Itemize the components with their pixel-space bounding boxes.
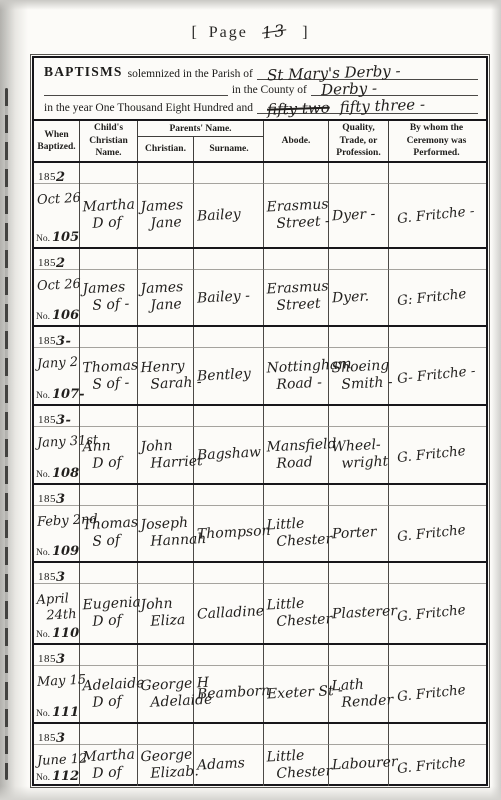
year-digit: 3 [56, 652, 66, 667]
table-row: 1852 Oct 26 No.105 MarthaD of JamesJane … [34, 163, 486, 249]
handwritten-entry: ThomasS of - [79, 357, 138, 394]
entry-line: Road [267, 453, 329, 473]
baptism-date: Jany 2 [34, 355, 80, 373]
table-row: 1853 Feby 2nd No.109 ThomasS of JosephHa… [34, 485, 486, 563]
entry-line: Thompson [197, 523, 264, 543]
entry-line: G. Fritche [396, 680, 484, 705]
cell-quality: Dyer. [329, 249, 389, 325]
header-quality: Quality, Trade, or Profession. [329, 121, 389, 161]
entry-line: Elizab. [141, 763, 194, 782]
cell-by-whom: G. Fritche [389, 485, 484, 561]
cell-abode: LittleChester [264, 485, 329, 561]
cell-when-baptized: 1853 June 12 No.112 [34, 724, 80, 786]
entry-line: G: Fritche [396, 284, 484, 309]
no-prefix: No. [36, 391, 50, 401]
cell-child-name: AdelaideD of [80, 645, 138, 722]
cell-quality: Dyer - [329, 163, 389, 247]
year-blank-line: fifty twofifty three - [257, 100, 478, 114]
date-line: 24th [37, 606, 80, 624]
cell-when-baptized: 1853 April24th No.110 [34, 563, 80, 643]
handwritten-entry: ThomasS of [79, 515, 138, 552]
entry-number: No.106 [34, 308, 79, 325]
entry-line: Martha [82, 747, 137, 767]
entry-line: wright [332, 453, 389, 473]
header-abode: Abode. [264, 121, 329, 161]
cell-abode: MansfieldRoad [264, 406, 329, 483]
no-value: 106 [52, 308, 79, 323]
year-digit: 3- [56, 334, 71, 349]
cell-parents-christian: George HAdelaide [138, 645, 194, 722]
no-prefix: No. [36, 548, 50, 558]
header-parents-surname: Surname. [194, 137, 264, 161]
cell-parents-christian: JosephHannah [138, 485, 194, 561]
no-prefix: No. [36, 234, 50, 244]
entry-line: Adelaide [141, 692, 194, 711]
year-label: in the year One Thousand Eight Hundred a… [44, 102, 253, 114]
handwritten-entry: LittleChester [263, 595, 329, 632]
baptism-date: Feby 2nd [34, 513, 80, 531]
entry-line: Smith - [332, 374, 389, 394]
minister-signature: G. Fritche [388, 600, 484, 626]
cell-by-whom: G: Fritche [389, 249, 484, 325]
cell-child-name: JamesS of - [80, 249, 138, 325]
county-handwritten: Derby - [321, 79, 378, 99]
scan-edge-line [5, 88, 8, 780]
year-prefix: 185 [38, 732, 56, 744]
entry-line: Sarah - [141, 374, 194, 393]
handwritten-entry: Dyer. [329, 287, 389, 307]
baptism-date: Oct 26 [34, 277, 80, 295]
date-line: Feby 2nd [37, 513, 80, 531]
year-value: 1853- [34, 406, 79, 426]
handwritten-entry: Calladine [194, 603, 264, 623]
header-childs-name: Child's Christian Name. [80, 121, 138, 161]
county-label: in the County of [232, 84, 307, 96]
cell-parents-christian: JohnHarriet [138, 406, 194, 483]
cell-child-name: AnnD of [80, 406, 138, 483]
county-lead-line [44, 82, 228, 96]
entry-line: Mansfield [266, 436, 328, 456]
handwritten-entry: Exeter St - [264, 683, 329, 703]
no-value: 105 [52, 230, 79, 245]
minister-signature: G: Fritche [388, 284, 484, 310]
cell-parents-surname: Bagshaw [194, 406, 264, 483]
entry-number: No.110 [34, 626, 79, 643]
year-prefix: 185 [38, 571, 56, 583]
cell-by-whom: G. Fritche [389, 724, 484, 786]
entry-line: G. Fritche [396, 441, 484, 466]
year-prefix: 185 [38, 493, 56, 505]
date-line: Oct 26 [37, 191, 80, 209]
table-row: 1852 Oct 26 No.106 JamesS of - JamesJane… [34, 249, 486, 327]
cell-abode: ErasmusStreet [264, 249, 329, 325]
entry-line: Hannah [141, 532, 194, 551]
year-digit: 3 [56, 570, 66, 585]
no-prefix: No. [36, 312, 50, 322]
table-body: 1852 Oct 26 No.105 MarthaD of JamesJane … [34, 163, 486, 784]
entry-line: Exeter St - [267, 683, 329, 703]
handwritten-entry: Bentley [194, 365, 264, 385]
title-line-county: in the County of Derby - [44, 80, 478, 96]
table-row: 1853- Jany 31st No.108 AnnD of JohnHarri… [34, 406, 486, 485]
cell-abode: Exeter St - [264, 645, 329, 722]
cell-by-whom: G- Fritche - [389, 327, 484, 404]
baptism-date: April24th [33, 591, 80, 624]
entry-line: Martha [82, 197, 137, 217]
year-struck-text: fifty two [267, 99, 330, 119]
entry-line: D of [83, 612, 138, 632]
cell-abode: LittleChester [264, 563, 329, 643]
cell-quality: Labourer [329, 724, 389, 786]
entry-line: G. Fritche [396, 752, 484, 777]
no-value: 112 [52, 769, 79, 784]
header-by-whom: By whom the Ceremony was Performed. [389, 121, 484, 161]
entry-line: Eliza [141, 612, 194, 631]
year-digit: 3- [56, 413, 71, 428]
entry-line: Thomas [82, 515, 137, 535]
baptism-register-table: BAPTISMS solemnized in the Parish of St … [30, 54, 490, 788]
entry-line: Henry [140, 357, 193, 376]
baptisms-label: BAPTISMS [44, 64, 123, 80]
entry-line: Chester [267, 763, 329, 783]
handwritten-entry: JamesJane [137, 279, 194, 315]
date-line: June 12 [37, 752, 80, 770]
cell-child-name: EugeniaD of [80, 563, 138, 643]
handwritten-entry: EugeniaD of [79, 595, 138, 632]
no-prefix: No. [36, 773, 50, 783]
year-digit: 2 [56, 170, 66, 185]
handwritten-entry: JosephHannah [137, 515, 194, 551]
scan-edge-bottom [0, 786, 501, 800]
cell-when-baptized: 1853- Jany 2 No.107- [34, 327, 80, 404]
cell-parents-christian: HenrySarah - [138, 327, 194, 404]
entry-line: Calladine [197, 603, 264, 623]
entry-line: Bentley [197, 365, 264, 385]
handwritten-entry: Thompson [194, 523, 264, 543]
handwritten-entry: Wheel-wright [328, 436, 389, 473]
handwritten-entry: Bailey - [194, 287, 264, 307]
cell-quality: Porter [329, 485, 389, 561]
entry-line: S of - [83, 374, 138, 394]
no-value: 108 [52, 466, 79, 481]
no-prefix: No. [36, 470, 50, 480]
entry-line: Chester [267, 611, 329, 631]
cell-parents-christian: GeorgeElizab. [138, 724, 194, 786]
entry-line: George H [140, 675, 193, 694]
bracket-left: [ [191, 24, 198, 41]
entry-number: No.109 [34, 544, 79, 561]
header-parents-christian: Christian. [138, 137, 194, 161]
cell-parents-surname: Bailey [194, 163, 264, 247]
entry-line: Chester [267, 531, 329, 551]
parish-label: solemnized in the Parish of [128, 68, 253, 80]
year-value: 1853 [34, 645, 79, 665]
handwritten-entry: LathRender [328, 675, 389, 712]
handwritten-entry: Adams [194, 755, 264, 775]
cell-child-name: ThomasS of [80, 485, 138, 561]
table-row: 1853 April24th No.110 EugeniaD of JohnEl… [34, 563, 486, 645]
date-line: Jany 2 [37, 355, 80, 373]
page-number: 13 [261, 20, 288, 42]
entry-line: G. Fritche - [396, 202, 484, 227]
cell-parents-surname: Calladine [194, 563, 264, 643]
cell-child-name: ThomasS of - [80, 327, 138, 404]
year-digit: 3 [56, 492, 66, 507]
entry-line: Road - [267, 374, 329, 394]
cell-when-baptized: 1853 May 15 No.111 [34, 645, 80, 722]
no-value: 107- [52, 387, 85, 402]
entry-line: Street [267, 295, 329, 315]
year-value: 1853- [34, 327, 79, 347]
scan-edge-right [491, 0, 501, 800]
header-parents-top: Parents' Name. [138, 121, 263, 137]
scan-edge-top [0, 0, 501, 10]
no-value: 109 [52, 544, 79, 559]
cell-by-whom: G. Fritche [389, 645, 484, 722]
handwritten-entry: MarthaD of [79, 197, 138, 234]
minister-signature: G. Fritche [388, 441, 484, 467]
handwritten-entry: JohnEliza [137, 595, 194, 631]
cell-parents-christian: JamesJane [138, 163, 194, 247]
cell-when-baptized: 1853 Feby 2nd No.109 [34, 485, 80, 561]
date-line: Jany 31st [37, 434, 80, 452]
handwritten-entry: Plasterer [329, 603, 389, 623]
cell-when-baptized: 1852 Oct 26 No.105 [34, 163, 80, 247]
cell-by-whom: G. Fritche [389, 406, 484, 483]
year-value: 1852 [34, 163, 79, 183]
no-value: 111 [52, 705, 79, 720]
entry-line: Bailey [197, 205, 264, 225]
title-line-parish: BAPTISMS solemnized in the Parish of St … [44, 61, 478, 80]
year-value: 1852 [34, 249, 79, 269]
cell-quality: ShoeingSmith - [329, 327, 389, 404]
handwritten-entry: ErasmusStreet - [263, 197, 329, 234]
baptism-date: Oct 26 [34, 191, 80, 209]
year-digit: 2 [56, 256, 66, 271]
handwritten-entry: AdelaideD of [79, 675, 138, 712]
handwritten-entry: JamesS of - [79, 279, 138, 316]
year-handwritten: fifty twofifty three - [267, 95, 426, 119]
register-frame: BAPTISMS solemnized in the Parish of St … [32, 56, 488, 786]
cell-when-baptized: 1852 Oct 26 No.106 [34, 249, 80, 325]
entry-line: Jane [141, 296, 194, 315]
cell-child-name: MarthaD of [80, 163, 138, 247]
table-row: 1853 June 12 No.112 MarthaD of GeorgeEli… [34, 724, 486, 784]
handwritten-entry: Dyer - [329, 205, 389, 225]
cell-parents-christian: JohnEliza [138, 563, 194, 643]
header-when-baptized: When Baptized. [34, 121, 80, 161]
table-row: 1853- Jany 2 No.107- ThomasS of - HenryS… [34, 327, 486, 406]
minister-signature: G. Fritche [388, 752, 484, 778]
cell-by-whom: G. Fritche - [389, 163, 484, 247]
handwritten-entry: JohnHarriet [137, 436, 194, 472]
minister-signature: G- Fritche - [388, 362, 484, 388]
entry-line: Dyer. [332, 287, 389, 307]
table-row: 1853 May 15 No.111 AdelaideD of George H… [34, 645, 486, 724]
entry-line: D of [83, 214, 138, 234]
title-line-year: in the year One Thousand Eight Hundred a… [44, 96, 478, 114]
entry-line: Jane [141, 214, 194, 233]
handwritten-entry: MansfieldRoad [263, 436, 329, 473]
entry-number: No.107- [34, 387, 79, 404]
handwritten-entry: ErasmusStreet [263, 279, 329, 316]
year-prefix: 185 [38, 171, 56, 183]
entry-number: No.111 [34, 705, 79, 722]
parish-blank-line: St Mary's Derby - [257, 66, 478, 80]
year-prefix: 185 [38, 335, 56, 347]
baptism-date: May 15 [34, 673, 80, 691]
no-prefix: No. [36, 709, 50, 719]
entry-line: Bailey - [197, 287, 264, 307]
date-line: May 15 [37, 673, 80, 691]
county-blank-line: Derby - [311, 82, 478, 96]
year-prefix: 185 [38, 257, 56, 269]
minister-signature: G. Fritche [388, 520, 484, 546]
entry-line: S of - [83, 296, 138, 316]
handwritten-entry: NottinghamRoad - [263, 357, 329, 394]
cell-parents-christian: JamesJane [138, 249, 194, 325]
handwritten-entry: Labourer [329, 755, 389, 775]
entry-line: Adelaide [82, 675, 137, 695]
entry-line: Adams [197, 755, 264, 775]
handwritten-entry: HenrySarah - [137, 357, 194, 393]
cell-abode: NottinghamRoad - [264, 327, 329, 404]
handwritten-entry: JamesJane [137, 197, 194, 233]
cell-quality: Wheel-wright [329, 406, 389, 483]
entry-line: Render [332, 692, 389, 712]
cell-when-baptized: 1853- Jany 31st No.108 [34, 406, 80, 483]
entry-line: Bagshaw [197, 444, 264, 464]
year-text: fifty three - [339, 95, 425, 116]
entry-line: D of [83, 453, 138, 473]
cell-by-whom: G. Fritche [389, 563, 484, 643]
entry-line: Harriet [141, 453, 194, 472]
entry-line: Street - [267, 213, 329, 233]
entry-line: Porter [332, 523, 389, 543]
header-parents-name: Parents' Name. Christian. Surname. [138, 121, 264, 161]
cell-quality: LathRender [329, 645, 389, 722]
date-line: Oct 26 [37, 277, 80, 295]
entry-line: Beamborn [197, 683, 264, 703]
entry-line: D of [83, 692, 138, 712]
entry-line: S of [83, 532, 138, 552]
no-prefix: No. [36, 630, 50, 640]
handwritten-entry: Bagshaw [194, 444, 264, 464]
cell-parents-surname: Bentley [194, 327, 264, 404]
handwritten-entry: George HAdelaide [137, 675, 194, 711]
register-title: BAPTISMS solemnized in the Parish of St … [34, 58, 486, 121]
cell-abode: LittleChester [264, 724, 329, 786]
year-digit: 3 [56, 731, 66, 746]
baptism-date: Jany 31st [34, 434, 80, 452]
bracket-right: ] [302, 24, 309, 41]
minister-signature: G. Fritche [388, 680, 484, 706]
cell-parents-surname: Adams [194, 724, 264, 786]
handwritten-entry: LittleChester [263, 515, 329, 552]
page-word: Page [209, 24, 248, 41]
year-value: 1853 [34, 724, 79, 744]
entry-line: G. Fritche [396, 600, 484, 625]
no-value: 110 [52, 626, 79, 641]
year-prefix: 185 [38, 414, 56, 426]
entry-number: No.112 [34, 769, 79, 786]
table-header-row: When Baptized. Child's Christian Name. P… [34, 121, 486, 163]
entry-line: G. Fritche [396, 520, 484, 545]
entry-line: D of [83, 763, 138, 783]
handwritten-entry: Beamborn [194, 683, 264, 703]
entry-line: Labourer [332, 755, 389, 775]
entry-line: G- Fritche - [396, 362, 484, 387]
minister-signature: G. Fritche - [388, 202, 484, 228]
handwritten-entry: GeorgeElizab. [137, 747, 194, 783]
entry-number: No.108 [34, 466, 79, 483]
year-prefix: 185 [38, 653, 56, 665]
page-header: [Page13] [0, 22, 501, 42]
cell-parents-surname: Bailey - [194, 249, 264, 325]
cell-child-name: MarthaD of [80, 724, 138, 786]
entry-line: Eugenia [82, 595, 137, 615]
handwritten-entry: Bailey [194, 205, 264, 225]
cell-parents-surname: Thompson [194, 485, 264, 561]
year-value: 1853 [34, 563, 79, 583]
handwritten-entry: ShoeingSmith - [328, 357, 389, 394]
handwritten-entry: MarthaD of [79, 747, 138, 784]
cell-abode: ErasmusStreet - [264, 163, 329, 247]
entry-number: No.105 [34, 230, 79, 247]
year-value: 1853 [34, 485, 79, 505]
handwritten-entry: Porter [329, 523, 389, 543]
baptism-date: June 12 [34, 752, 80, 770]
cell-quality: Plasterer [329, 563, 389, 643]
handwritten-entry: AnnD of [79, 436, 138, 473]
handwritten-entry: LittleChester [263, 746, 329, 783]
entry-line: Plasterer [332, 603, 389, 623]
entry-line: Dyer - [332, 205, 389, 225]
